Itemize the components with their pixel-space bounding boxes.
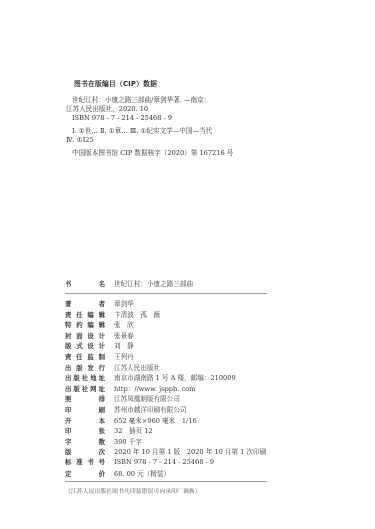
divider-top — [65, 293, 267, 294]
colophon-value: 2020 年 10 月第 1 版 2020 年 10 月第 1 次印刷 — [114, 446, 266, 456]
colophon-label: 照排 — [65, 394, 105, 403]
cip-line: Ⅰ. ①世… Ⅱ. ①章… Ⅲ. ①纪实文学—中国—当代 — [66, 127, 276, 136]
colophon-label: 标准书号 — [65, 457, 105, 466]
copyright-page: 图书在版编目（CIP）数据 世纪江村：小康之路三部曲/章剑华著. —南京： 江苏… — [0, 0, 375, 529]
cip-line: 江苏人民出版社，2020. 10 — [66, 105, 276, 114]
colophon-label: 封面设计 — [65, 331, 105, 340]
colophon-row-author: 著者 章剑华 — [65, 298, 267, 309]
colophon-value: 南京市湖南路 1 号 A 楼，邮编：210009 — [114, 372, 236, 382]
colophon-label: 责任编辑 — [65, 310, 105, 319]
colophon-row-special-editor: 特约编辑 张 欣 — [65, 319, 267, 330]
colophon-row-cover-design: 封面设计 张景春 — [65, 330, 267, 341]
cip-line: Ⅳ. ①I25 — [66, 136, 276, 145]
colophon-label: 印刷 — [65, 405, 105, 414]
colophon-row-word-count: 字数 390 千字 — [65, 436, 267, 447]
colophon-row-typesetting: 照排 江苏凤凰制版有限公司 — [65, 393, 267, 404]
colophon-label: 字数 — [65, 437, 105, 446]
colophon-label: 出版发行 — [65, 363, 105, 372]
colophon-value: 刘 静 — [114, 340, 134, 350]
colophon-value: 32 插页 12 — [114, 425, 153, 435]
colophon-row-format: 开本 652 毫米×960 毫米 1/16 — [65, 415, 267, 426]
colophon-label: 定价 — [65, 469, 105, 478]
colophon-label: 开本 — [65, 416, 105, 425]
colophon-value: ISBN 978 - 7 - 214 - 25468 - 9 — [114, 458, 214, 466]
colophon-row-price: 定价 68. 00 元（精装） — [65, 468, 267, 479]
colophon-row-supervisor: 责任监制 王列丹 — [65, 351, 267, 362]
colophon-value: 江苏人民出版社 — [114, 362, 160, 372]
book-title-value: 世纪江村：小康之路三部曲 — [114, 278, 193, 288]
cip-title: 图书在版编目（CIP）数据 — [74, 80, 276, 89]
colophon-label: 印张 — [65, 426, 105, 435]
colophon-row-printing: 印刷 苏州市越洋印刷有限公司 — [65, 404, 267, 415]
colophon-label: 出版社网址 — [65, 384, 105, 393]
colophon-value: 章剑华 — [114, 298, 134, 308]
colophon-label: 特约编辑 — [65, 320, 105, 329]
colophon-row-book-title: 书名 世纪江村：小康之路三部曲 — [65, 278, 267, 290]
colophon-row-publisher: 出版发行 江苏人民出版社 — [65, 362, 267, 373]
colophon-label: 版次 — [65, 447, 105, 456]
cip-line: 世纪江村：小康之路三部曲/章剑华著. —南京： — [66, 96, 276, 105]
colophon-label: 书名 — [65, 279, 105, 288]
colophon-table: 书名 世纪江村：小康之路三部曲 著者 章剑华 责任编辑 卞清波 孤 薇 特约编辑… — [65, 278, 267, 495]
colophon-row-address: 出版社地址 南京市湖南路 1 号 A 楼，邮编：210009 — [65, 372, 267, 383]
website-link: http：//www. jspph. com — [114, 383, 195, 393]
colophon-value: 68. 00 元（精装） — [114, 468, 170, 478]
colophon-row-layout-design: 版式设计 刘 静 — [65, 340, 267, 351]
colophon-value: 王列丹 — [114, 351, 134, 361]
colophon-row-sheets: 印张 32 插页 12 — [65, 425, 267, 436]
colophon-value: 652 毫米×960 毫米 1/16 — [114, 415, 197, 425]
cip-data-block: 图书在版编目（CIP）数据 世纪江村：小康之路三部曲/章剑华著. —南京： 江苏… — [66, 80, 276, 158]
colophon-label: 责任监制 — [65, 352, 105, 361]
colophon-label: 出版社地址 — [65, 373, 105, 382]
colophon-value: 江苏凤凰制版有限公司 — [114, 393, 180, 403]
colophon-row-edition: 版次 2020 年 10 月第 1 版 2020 年 10 月第 1 次印刷 — [65, 446, 267, 457]
colophon-value: 张 欣 — [114, 319, 134, 329]
colophon-row-website: 出版社网址 http：//www. jspph. com — [65, 383, 267, 394]
colophon-value: 张景春 — [114, 330, 134, 340]
cip-line: 中国版本图书馆 CIP 数据核字（2020）第 167216 号 — [66, 149, 276, 158]
colophon-value: 卞清波 孤 薇 — [114, 309, 160, 319]
colophon-row-isbn: 标准书号 ISBN 978 - 7 - 214 - 25468 - 9 — [65, 457, 267, 468]
colophon-row-editor: 责任编辑 卞清波 孤 薇 — [65, 309, 267, 320]
colophon-value: 390 千字 — [114, 436, 142, 446]
colophon-label: 版式设计 — [65, 341, 105, 350]
cip-line: ISBN 978 - 7 - 214 - 25468 - 9 — [66, 114, 276, 123]
replacement-note: （江苏人民出版社图书凡印装错误可向承印厂调换） — [65, 486, 267, 495]
colophon-label: 著者 — [65, 299, 105, 308]
colophon-value: 苏州市越洋印刷有限公司 — [114, 404, 187, 414]
divider-bottom — [65, 481, 267, 482]
